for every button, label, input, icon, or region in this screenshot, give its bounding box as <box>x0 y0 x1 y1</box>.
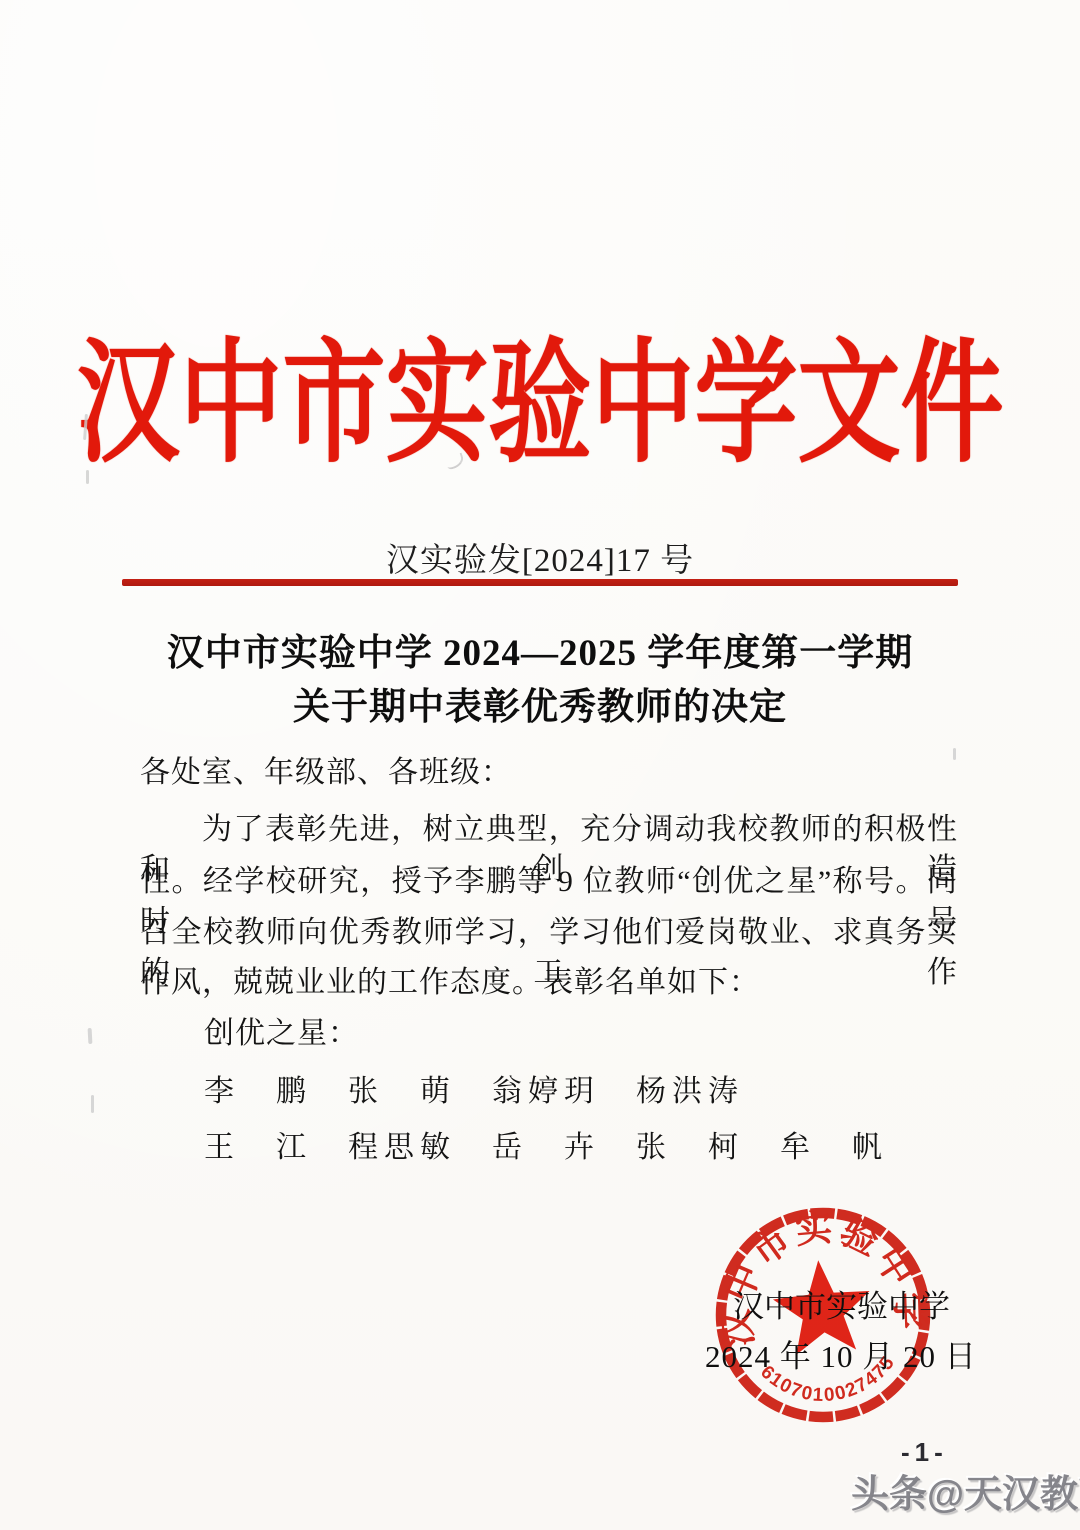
scan-artifact <box>88 1028 93 1044</box>
red-rule-divider <box>122 579 958 586</box>
doc-number: 汉实验发[2024]17 号 <box>0 534 1080 581</box>
signature-date: 2024 年 10 月 20 日 <box>705 1331 977 1376</box>
notice-title-line1: 汉中市实验中学 2024—2025 学年度第一学期 <box>0 622 1080 676</box>
scan-artifact <box>953 748 956 760</box>
paragraph-line: 作风，兢兢业业的工作态度。表彰名单如下： <box>140 963 958 1003</box>
salutation: 各处室、年级部、各班级： <box>140 753 958 793</box>
watermark: 头条@天汉教育 <box>851 1463 1080 1518</box>
notice-title-line2: 关于期中表彰优秀教师的决定 <box>0 676 1080 730</box>
awardee-names-line1: 李 鹏 张 萌 翁婷玥 杨洪涛 <box>204 1072 958 1112</box>
scan-artifact <box>91 1095 94 1113</box>
scan-artifact <box>86 470 89 484</box>
signature-school-name: 汉中市实验中学 <box>733 1281 950 1326</box>
letterhead-title: 汉中市实验中学文件 <box>0 296 1080 488</box>
award-category-label: 创优之星： <box>204 1014 958 1054</box>
document-page: 汉中市实验中学文件 汉实验发[2024]17 号 汉中市实验中学 2024—20… <box>0 0 1080 1530</box>
awardee-names-line2: 王 江 程思敏 岳 卉 张 柯 牟 帆 <box>204 1128 958 1168</box>
